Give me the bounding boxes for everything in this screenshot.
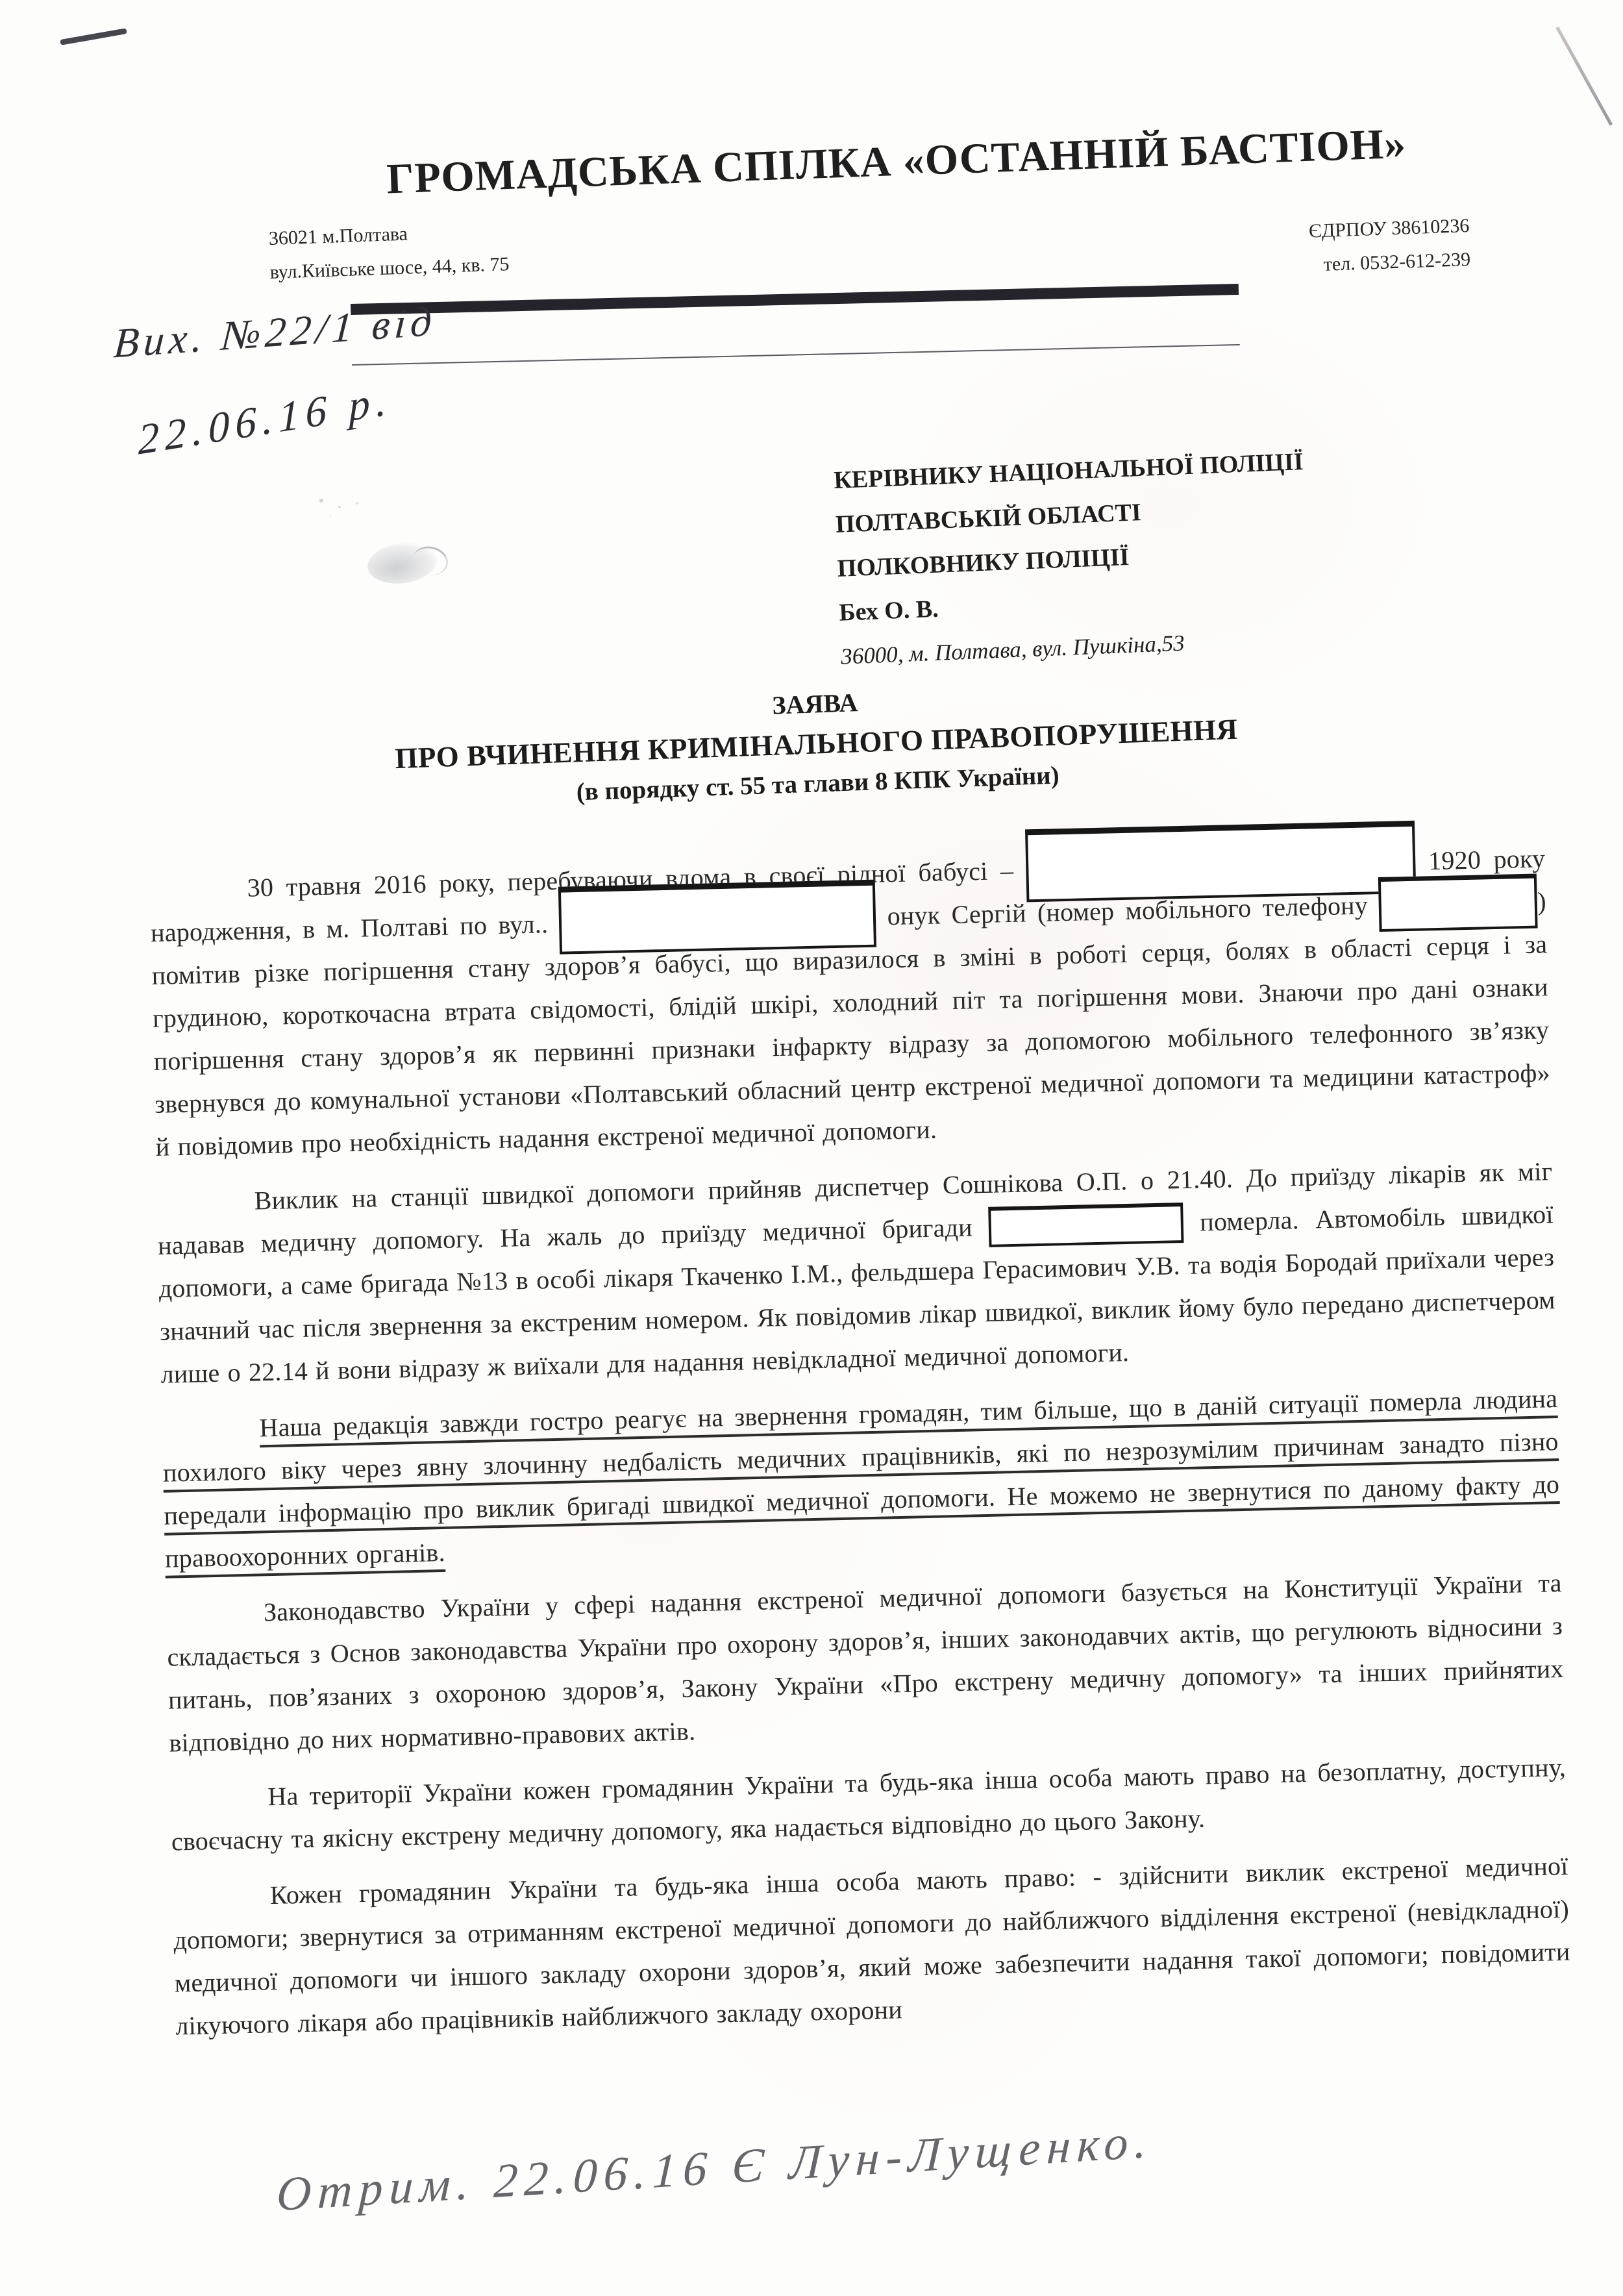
organization-address: 36021 м.Полтава вул.Київське шосе, 44, к… bbox=[268, 214, 510, 290]
redaction-box bbox=[1379, 888, 1538, 924]
phone-number: тел. 0532-612-239 bbox=[1309, 243, 1471, 282]
edrpou-code: ЄДРПОУ 38610236 bbox=[1308, 209, 1470, 249]
paragraph-4: Законодавство України у сфері надання ек… bbox=[166, 1562, 1565, 1765]
paragraph-2: Виклик на станції швидкої допомоги прийн… bbox=[156, 1150, 1557, 1396]
paragraph-1: 30 травня 2016 року, перебуваючи вдома в… bbox=[149, 837, 1552, 1169]
document-body: 30 травня 2016 року, перебуваючи вдома в… bbox=[149, 837, 1572, 2060]
handwritten-outgoing-date: 22.06.16 р. bbox=[138, 375, 392, 466]
document-title: ЗАЯВА ПРО ВЧИНЕННЯ КРИМІНАЛЬНОГО ПРАВОПО… bbox=[117, 660, 1516, 829]
pen-mark-artifact bbox=[60, 28, 127, 45]
paragraph-6: Кожен громадянин України та будь-яка інш… bbox=[172, 1845, 1571, 2048]
scan-corner-artifact bbox=[1555, 27, 1613, 126]
paragraph-3-underlined: Наша редакція завжди гостро реагує на зв… bbox=[162, 1377, 1561, 1580]
redaction-box bbox=[1026, 848, 1416, 890]
organization-contacts: ЄДРПОУ 38610236 тел. 0532-612-239 bbox=[1308, 209, 1471, 282]
redaction-box bbox=[989, 1209, 1184, 1246]
redaction-box bbox=[559, 903, 876, 942]
paragraph-5: На території України кожен громадянин Ук… bbox=[170, 1746, 1567, 1864]
handwritten-received-note: Отрим. 22.06.16 Є Лун-Лущенко. bbox=[275, 2114, 1154, 2223]
organization-name: ГРОМАДСЬКА СПІЛКА «ОСТАННІЙ БАСТІОН» bbox=[247, 114, 1546, 209]
faint-ink-dots bbox=[319, 499, 323, 503]
recipient-block: КЕРІВНИКУ НАЦІОНАЛЬНОЇ ПОЛІЦІЇ ПОЛТАВСЬК… bbox=[833, 440, 1311, 679]
scanned-document-page: ГРОМАДСЬКА СПІЛКА «ОСТАННІЙ БАСТІОН» 360… bbox=[0, 0, 1623, 2296]
redaction-strip bbox=[351, 284, 1240, 366]
